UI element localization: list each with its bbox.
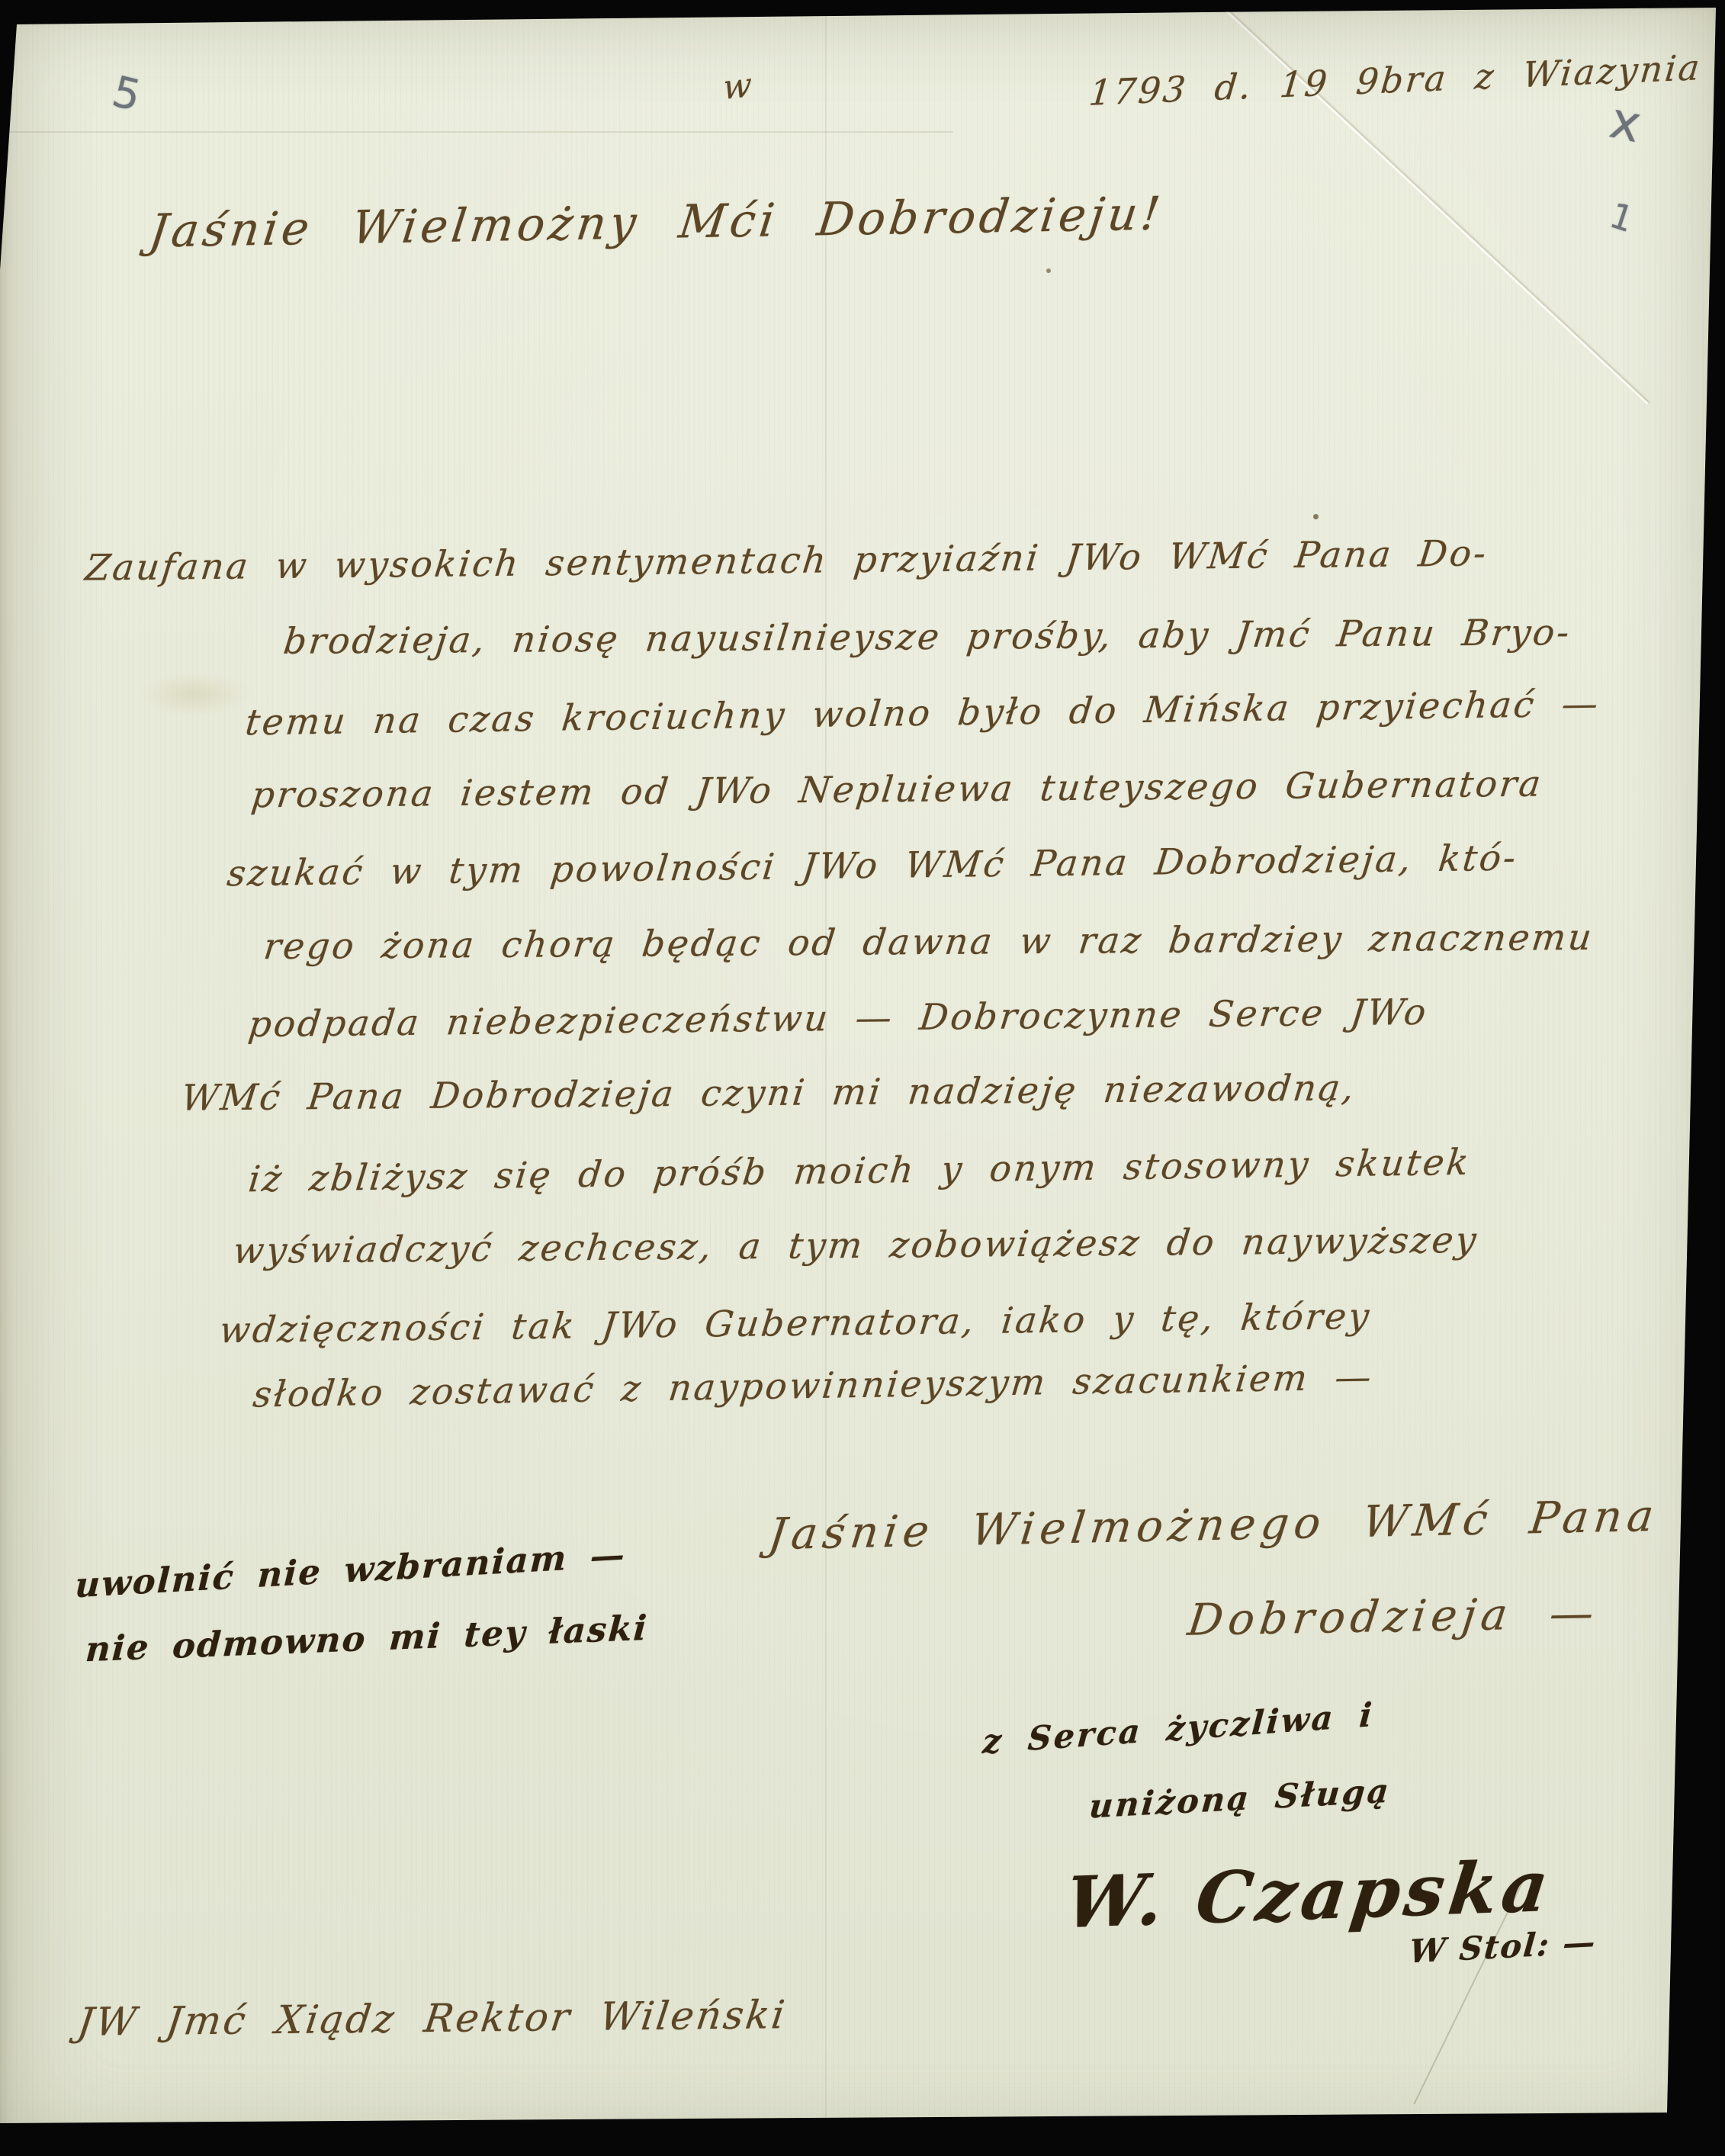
body-line: szukać w tym powolności JWo WMć Pana Dob… bbox=[225, 840, 1519, 892]
marginal-note-line-2: nie odmowno mi tey łaski bbox=[85, 1611, 650, 1666]
ink-mark-w: w bbox=[722, 69, 752, 105]
horizontal-fold-crease bbox=[0, 131, 953, 133]
closing-line-1: Jaśnie Wielmożnego WMć Pana bbox=[766, 1495, 1661, 1557]
body-line: rego żona chorą będąc od dawna w raz bar… bbox=[262, 920, 1595, 965]
body-line: iż zbliżysz się do próśb moich y onym st… bbox=[247, 1145, 1473, 1197]
valediction-line-2: uniżoną Sługą bbox=[1087, 1775, 1392, 1824]
marginal-note-line-1: uwolnić nie wzbraniam — bbox=[74, 1537, 627, 1603]
valediction-line-1: z Serca życzliwa i bbox=[981, 1699, 1375, 1759]
body-line: wdzięczności tak JWo Gubernatora, iako y… bbox=[217, 1299, 1373, 1349]
paper-stain bbox=[1691, 1220, 1701, 1228]
letter-paper: 5 w x 1 1793 d. 19 9bra z Wiazynia Jaśni… bbox=[0, 0, 1725, 2156]
pencil-mark-1: 1 bbox=[1606, 198, 1638, 238]
body-line: brodzieja, niosę nayusilnieysze prośby, … bbox=[281, 615, 1573, 660]
dateline: 1793 d. 19 9bra z Wiazynia bbox=[1087, 50, 1704, 111]
body-line: proszona iestem od JWo Nepluiewa tuteysz… bbox=[249, 766, 1544, 814]
body-line: wyświadczyć zechcesz, a tym zobowiążesz … bbox=[231, 1223, 1480, 1269]
body-line: podpada niebezpieczeństwu — Dobroczynne … bbox=[246, 994, 1430, 1043]
paper-stain bbox=[137, 671, 252, 717]
scan-background: { "letter": { "dateline": "1793 d. 19 9b… bbox=[0, 0, 1725, 2156]
pencil-mark-x: x bbox=[1606, 95, 1646, 151]
signature-title: W Stol: — bbox=[1408, 1926, 1598, 1968]
ink-dot bbox=[1313, 514, 1319, 519]
closing-line-2: Dobrodzieja — bbox=[1186, 1592, 1601, 1643]
salutation: Jaśnie Wielmożny Mći Dobrodzieju! bbox=[146, 191, 1166, 254]
address-line: JW Jmć Xiądz Rektor Wileński bbox=[75, 1996, 789, 2042]
signature-name: W. Czapska bbox=[1062, 1851, 1557, 1939]
body-line: słodko zostawać z naypowinnieyszym szacu… bbox=[252, 1359, 1376, 1412]
pencil-mark-5: 5 bbox=[108, 71, 145, 119]
body-line: Zaufana w wysokich sentymentach przyiaźn… bbox=[83, 535, 1489, 586]
body-line: WMć Pana Dobrodzieja czyni mi nadzieję n… bbox=[179, 1070, 1357, 1116]
ink-dot bbox=[1046, 268, 1051, 273]
body-line: temu na czas krociuchny wolno było do Mi… bbox=[244, 686, 1602, 741]
